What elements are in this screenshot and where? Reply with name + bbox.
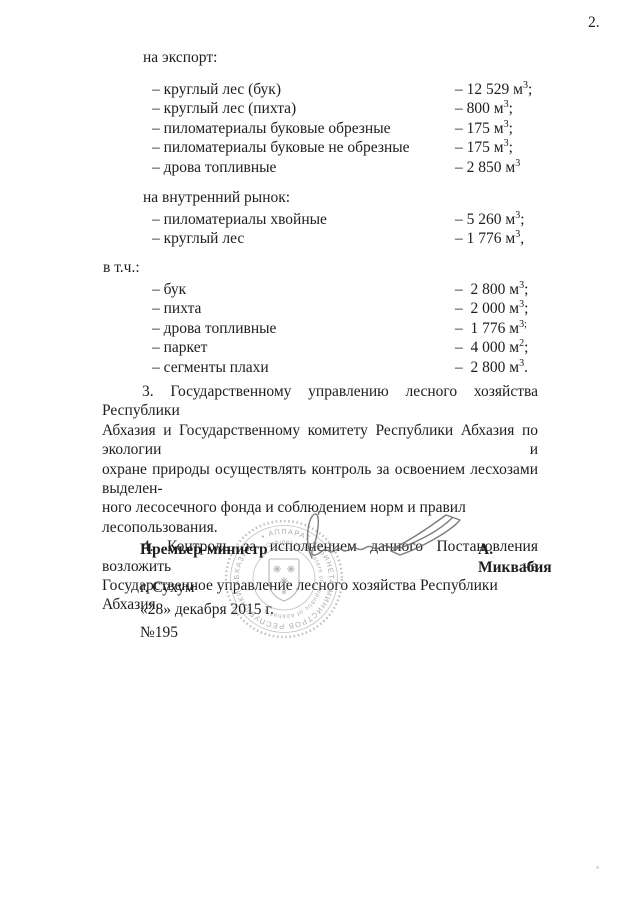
value-tail: ;: [509, 139, 513, 156]
item-label: – пихта: [152, 300, 201, 317]
signer-name: А. Миквабия: [478, 541, 560, 577]
list-item: – сегменты плахи – 2 800 м3.: [152, 358, 582, 377]
item-label: – круглый лес (бук): [152, 81, 281, 98]
value-tail: ;: [509, 100, 513, 117]
list-item: – пиломатериалы буковые обрезные – 175 м…: [152, 119, 582, 138]
paragraph-line: охране природы осуществлять контроль за …: [102, 460, 538, 499]
item-value: – 2 850 м3: [455, 158, 520, 177]
value-text: – 1 776 м: [455, 230, 515, 247]
footer-date: «28» декабря 2015 г.: [140, 601, 274, 619]
star-icon: [280, 577, 288, 585]
item-value: – 175 м3;: [455, 138, 513, 157]
value-text: – 2 800 м: [455, 281, 519, 298]
value-text: – 2 850 м: [455, 159, 515, 176]
list-item: – дрова топливные – 1 776 м3;: [152, 319, 582, 338]
list-item: – пиломатериалы буковые не обрезные – 17…: [152, 138, 582, 157]
item-label: – бук: [152, 281, 186, 298]
star-icon: [281, 589, 287, 595]
item-value: – 12 529 м3;: [455, 80, 532, 99]
item-label: – паркет: [152, 339, 207, 356]
document-page: 2. на экспорт: – круглый лес (бук) – 12 …: [0, 0, 640, 905]
value-tail: ,: [520, 230, 524, 247]
item-label: – сегменты плахи: [152, 359, 269, 376]
signer-role: Премьер-министр: [140, 541, 268, 558]
section-heading-domestic: на внутренний рынок:: [143, 189, 290, 207]
list-item: – бук – 2 800 м3;: [152, 280, 582, 299]
page-number: 2.: [588, 14, 600, 32]
export-list: – круглый лес (бук) – 12 529 м3; – кругл…: [152, 80, 582, 177]
item-value: – 2 800 м3;: [455, 280, 528, 299]
item-label: – круглый лес: [152, 230, 244, 247]
section-heading-export: на экспорт:: [143, 49, 217, 67]
handwritten-signature: [288, 498, 473, 573]
item-value: – 175 м3;: [455, 119, 513, 138]
footer-number: №195: [140, 624, 178, 642]
item-value: – 800 м3;: [455, 99, 513, 118]
item-value: – 5 260 м3;: [455, 210, 525, 229]
list-item: – дрова топливные – 2 850 м3: [152, 158, 582, 177]
value-tail: ;: [520, 211, 524, 228]
value-text: – 2 000 м: [455, 300, 519, 317]
item-label: – дрова топливные: [152, 320, 276, 337]
item-value: – 1 776 м3;: [455, 319, 527, 338]
value-sup: 3: [515, 157, 520, 168]
paragraph-line: Абхазия и Государственному комитету Респ…: [102, 421, 538, 460]
signature-row: Премьер-министр А. Миквабия: [140, 541, 560, 559]
item-value: – 1 776 м3,: [455, 229, 524, 248]
footer-city: г. Сухум: [140, 579, 195, 597]
list-item: – пиломатериалы хвойные – 5 260 м3;: [152, 210, 582, 229]
value-tail: ;: [528, 81, 532, 98]
domestic-list: – пиломатериалы хвойные – 5 260 м3; – кр…: [152, 210, 582, 249]
list-item: – круглый лес (пихта) – 800 м3;: [152, 99, 582, 118]
value-text: – 1 776 м: [455, 320, 519, 337]
paragraph-line: 3. Государственному управлению лесного х…: [102, 382, 538, 421]
value-tail: ;: [509, 120, 513, 137]
scan-artifact-dot: [596, 866, 599, 869]
item-label: – пиломатериалы хвойные: [152, 211, 327, 228]
list-item: – круглый лес – 1 776 м3,: [152, 229, 582, 248]
value-text: – 175 м: [455, 139, 504, 156]
list-item: – паркет – 4 000 м2;: [152, 338, 582, 357]
value-text: – 4 000 м: [455, 339, 519, 356]
value-sup: 3;: [519, 319, 527, 330]
item-value: – 4 000 м2;: [455, 338, 528, 357]
value-text: – 800 м: [455, 100, 504, 117]
item-value: – 2 000 м3;: [455, 299, 528, 318]
value-tail: .: [524, 359, 528, 376]
value-tail: ;: [524, 339, 528, 356]
value-tail: ;: [524, 281, 528, 298]
including-list: – бук – 2 800 м3; – пихта – 2 000 м3; – …: [152, 280, 582, 377]
list-item: – пихта – 2 000 м3;: [152, 299, 582, 318]
value-text: – 175 м: [455, 120, 504, 137]
list-item: – круглый лес (бук) – 12 529 м3;: [152, 80, 582, 99]
item-label: – пиломатериалы буковые не обрезные: [152, 139, 410, 156]
star-icon: [273, 565, 281, 573]
item-label: – круглый лес (пихта): [152, 100, 296, 117]
value-text: – 12 529 м: [455, 81, 523, 98]
value-text: – 5 260 м: [455, 211, 515, 228]
item-label: – пиломатериалы буковые обрезные: [152, 120, 391, 137]
item-label: – дрова топливные: [152, 159, 276, 176]
item-value: – 2 800 м3.: [455, 358, 528, 377]
value-tail: ;: [524, 300, 528, 317]
value-text: – 2 800 м: [455, 359, 519, 376]
section-heading-including: в т.ч.:: [103, 259, 140, 277]
